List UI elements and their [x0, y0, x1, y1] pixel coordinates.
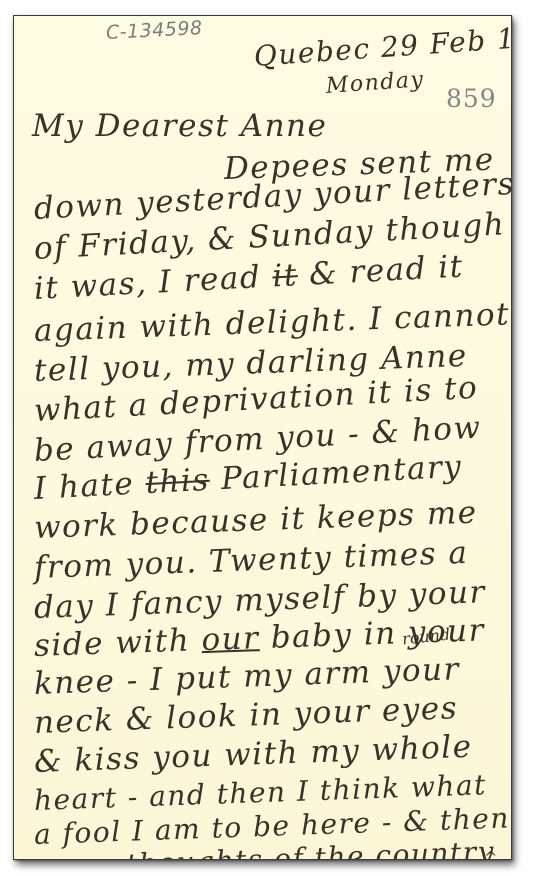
letter-line-text: it was, I read	[33, 259, 273, 307]
struck-word: this	[145, 462, 211, 501]
viewer-stage: C-134598 859 Quebec 29 Feb 1864 Monday M…	[0, 0, 550, 876]
letter-line-text: side with	[33, 622, 202, 664]
insertion-caret: ^	[484, 848, 497, 860]
folio-number-stamp: 859	[446, 84, 497, 113]
day-of-week: Monday	[325, 69, 425, 98]
letter-line-text: & read it	[297, 249, 465, 294]
letter-line-text: baby in your	[259, 612, 486, 656]
archive-reference: C-134598	[105, 17, 203, 44]
place-date: Quebec 29 Feb 1864	[253, 21, 512, 71]
struck-word: it	[272, 257, 299, 294]
salutation: My Dearest Anne	[32, 111, 327, 142]
letter-page: C-134598 859 Quebec 29 Feb 1864 Monday M…	[13, 15, 512, 860]
letter-line-text: I hate	[33, 465, 146, 507]
underlined-word: our	[201, 620, 260, 658]
